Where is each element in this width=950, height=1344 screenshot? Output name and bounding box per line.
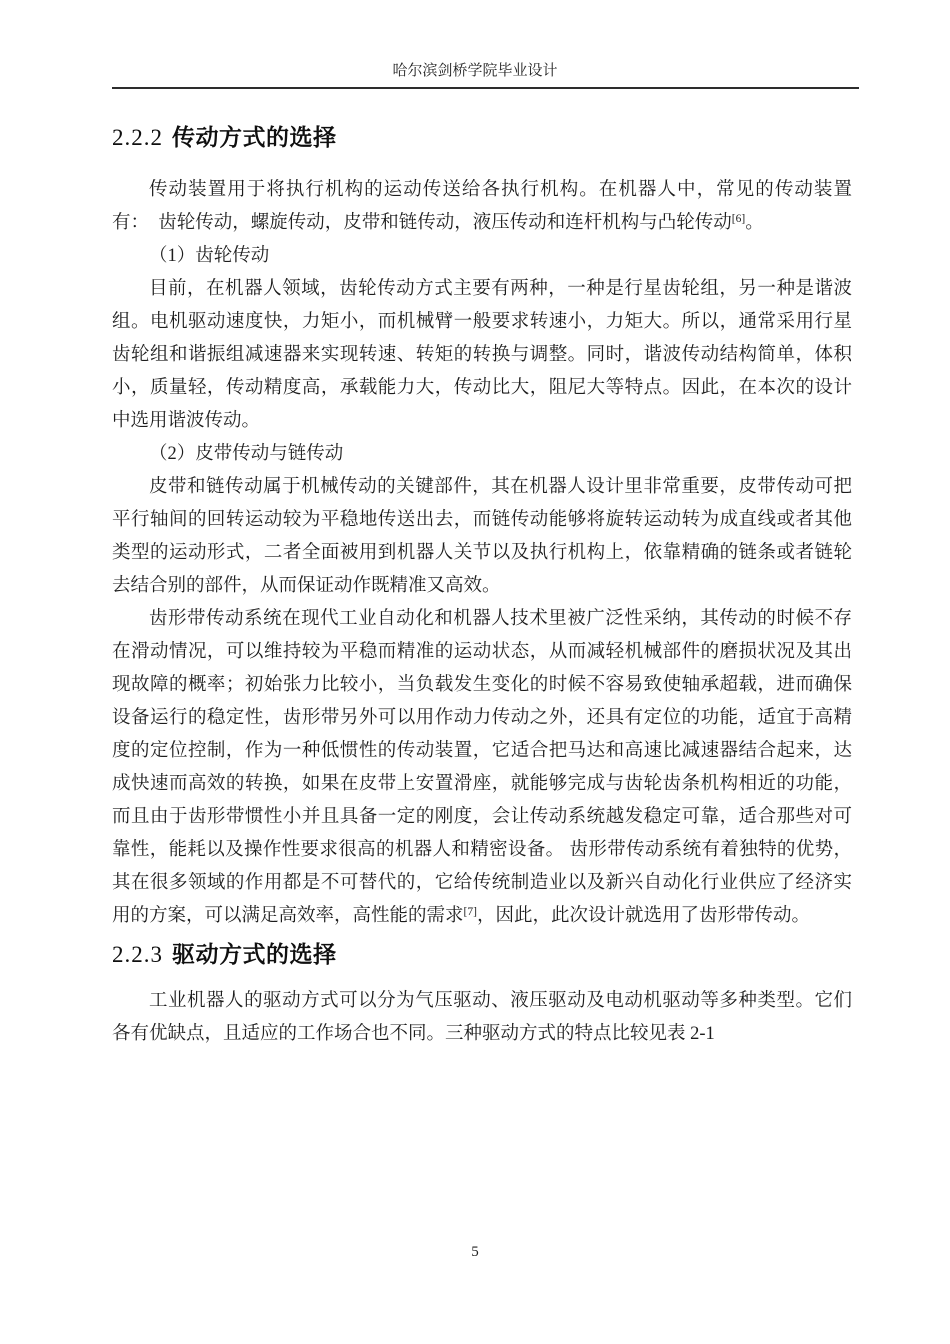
text-run: 在滑动情况，可以维持较为平稳而精准的运动状态，从而减轻机械部件的磨损状况及其出 (112, 642, 852, 662)
text-line: 类型的运动形式，二者全面被用到机器人关节以及执行机构上，依靠精确的链条或者链轮 (112, 537, 852, 570)
document-page: 哈尔滨剑桥学院毕业设计 2.2.2传动方式的选择 传动装置用于将执行机构的运动传… (0, 0, 950, 1344)
text-run: 平行轴间的回转运动较为平稳地传送出去，而链传动能够将旋转运动转为成直线或者其他 (112, 510, 852, 530)
text-run: 度的定位控制，作为一种低惯性的传动装置，它适合把马达和高速比减速器结合起来，达 (112, 741, 852, 761)
text-run: 去结合别的部件，从而保证动作既精准又高效。 (112, 576, 501, 596)
body-text-block-2: 工业机器人的驱动方式可以分为气压驱动、液压驱动及电动机驱动等多种类型。它们各有优… (112, 985, 852, 1051)
section-title: 驱动方式的选择 (172, 941, 337, 967)
header-rule (112, 87, 859, 89)
text-run: 工业机器人的驱动方式可以分为气压驱动、液压驱动及电动机驱动等多种类型。它们 (149, 991, 852, 1011)
text-run: 有： 齿轮传动，螺旋传动，皮带和链传动，液压传动和连杆机构与凸轮传动 (112, 213, 732, 233)
text-run: 组。电机驱动速度快，力矩小，而机械臂一般要求转速小，力矩大。所以，通常采用行星 (112, 312, 852, 332)
text-run: （1）齿轮传动 (149, 246, 269, 266)
text-run: （2）皮带传动与链传动 (149, 444, 343, 464)
item-belt-chain-drive: （2）皮带传动与链传动 (112, 438, 852, 471)
text-line: 度的定位控制，作为一种低惯性的传动装置，它适合把马达和高速比减速器结合起来，达 (112, 735, 852, 768)
text-line: 目前，在机器人领域，齿轮传动方式主要有两种，一种是行星齿轮组，另一种是谐波 (112, 273, 852, 306)
text-run: 靠性，能耗以及操作性要求很高的机器人和精密设备。 齿形带传动系统有着独特的优势， (112, 840, 852, 860)
text-line: （1）齿轮传动 (112, 240, 852, 273)
text-line: 平行轴间的回转运动较为平稳地传送出去，而链传动能够将旋转运动转为成直线或者其他 (112, 504, 852, 537)
section-heading-2-2-3: 2.2.3驱动方式的选择 (112, 939, 852, 970)
text-line: 而且由于齿形带惯性小并且具备一定的刚度，会让传动系统越发稳定可靠，适合那些对可 (112, 801, 852, 834)
text-line: 现故障的概率；初始张力比较小，当负载发生变化的时候不容易致使轴承超载，进而确保 (112, 669, 852, 702)
text-line: 设备运行的稳定性，齿形带另外可以用作动力传动之外，还具有定位的功能，适宜于高精 (112, 702, 852, 735)
text-run: 小，质量轻，传动精度高，承载能力大，传动比大，阻尼大等特点。因此，在本次的设计 (112, 378, 852, 398)
text-line: 各有优缺点，且适应的工作场合也不同。三种驱动方式的特点比较见表 2-1 (112, 1018, 852, 1051)
text-line: 在滑动情况，可以维持较为平稳而精准的运动状态，从而减轻机械部件的磨损状况及其出 (112, 636, 852, 669)
text-line: 中选用谐波传动。 (112, 405, 852, 438)
text-run: 皮带和链传动属于机械传动的关键部件，其在机器人设计里非常重要，皮带传动可把 (149, 477, 852, 497)
text-run: 齿形带传动系统在现代工业自动化和机器人技术里被广泛性采纳，其传动的时候不存 (149, 609, 852, 629)
text-line: 其在很多领域的作用都是不可替代的，它给传统制造业以及新兴自动化行业供应了经济实 (112, 867, 852, 900)
section-title: 传动方式的选择 (172, 124, 337, 150)
header-title: 哈尔滨剑桥学院毕业设计 (0, 59, 950, 80)
text-run: 目前，在机器人领域，齿轮传动方式主要有两种，一种是行星齿轮组，另一种是谐波 (149, 279, 852, 299)
text-run: 齿轮组和谐振组减速器来实现转速、转矩的转换与调整。同时，谐波传动结构简单，体积 (112, 345, 852, 365)
page-number: 5 (0, 1244, 950, 1261)
body-text-block-1: 传动装置用于将执行机构的运动传送给各执行机构。在机器人中，常见的传动装置有： 齿… (112, 174, 852, 933)
text-run: 用的方案，可以满足高效率，高性能的需求 (112, 906, 464, 926)
para-belt-chain-detail: 皮带和链传动属于机械传动的关键部件，其在机器人设计里非常重要，皮带传动可把平行轴… (112, 471, 852, 603)
content: 2.2.2传动方式的选择 传动装置用于将执行机构的运动传送给各执行机构。在机器人… (112, 122, 852, 1051)
text-line: 有： 齿轮传动，螺旋传动，皮带和链传动，液压传动和连杆机构与凸轮传动[6]。 (112, 207, 852, 240)
text-line: 组。电机驱动速度快，力矩小，而机械臂一般要求转速小，力矩大。所以，通常采用行星 (112, 306, 852, 339)
text-line: 用的方案，可以满足高效率，高性能的需求[7]，因此，此次设计就选用了齿形带传动。 (112, 900, 852, 933)
para-gear-drive-detail: 目前，在机器人领域，齿轮传动方式主要有两种，一种是行星齿轮组，另一种是谐波组。电… (112, 273, 852, 438)
text-line: 去结合别的部件，从而保证动作既精准又高效。 (112, 570, 852, 603)
text-line: 齿轮组和谐振组减速器来实现转速、转矩的转换与调整。同时，谐波传动结构简单，体积 (112, 339, 852, 372)
para-transmission-intro: 传动装置用于将执行机构的运动传送给各执行机构。在机器人中，常见的传动装置有： 齿… (112, 174, 852, 240)
text-line: 小，质量轻，传动精度高，承载能力大，传动比大，阻尼大等特点。因此，在本次的设计 (112, 372, 852, 405)
section-number: 2.2.3 (112, 942, 163, 967)
section-heading-2-2-2: 2.2.2传动方式的选择 (112, 122, 852, 153)
text-line: 传动装置用于将执行机构的运动传送给各执行机构。在机器人中，常见的传动装置 (112, 174, 852, 207)
text-line: 靠性，能耗以及操作性要求很高的机器人和精密设备。 齿形带传动系统有着独特的优势， (112, 834, 852, 867)
text-run: ，因此，此次设计就选用了齿形带传动。 (477, 906, 810, 926)
text-run: 设备运行的稳定性，齿形带另外可以用作动力传动之外，还具有定位的功能，适宜于高精 (112, 708, 852, 728)
text-line: 成快速而高效的转换，如果在皮带上安置滑座，就能够完成与齿轮齿条机构相近的功能， (112, 768, 852, 801)
citation-ref: [6] (732, 213, 745, 225)
text-run: 。 (745, 213, 764, 233)
text-run: 中选用谐波传动。 (112, 411, 260, 431)
item-gear-drive: （1）齿轮传动 (112, 240, 852, 273)
text-run: 而且由于齿形带惯性小并且具备一定的刚度，会让传动系统越发稳定可靠，适合那些对可 (112, 807, 852, 827)
section-number: 2.2.2 (112, 125, 163, 150)
text-run: 现故障的概率；初始张力比较小，当负载发生变化的时候不容易致使轴承超载，进而确保 (112, 675, 852, 695)
text-run: 类型的运动形式，二者全面被用到机器人关节以及执行机构上，依靠精确的链条或者链轮 (112, 543, 852, 563)
para-drive-methods: 工业机器人的驱动方式可以分为气压驱动、液压驱动及电动机驱动等多种类型。它们各有优… (112, 985, 852, 1051)
text-run: 各有优缺点，且适应的工作场合也不同。三种驱动方式的特点比较见表 2-1 (112, 1024, 715, 1044)
text-line: 皮带和链传动属于机械传动的关键部件，其在机器人设计里非常重要，皮带传动可把 (112, 471, 852, 504)
text-line: 工业机器人的驱动方式可以分为气压驱动、液压驱动及电动机驱动等多种类型。它们 (112, 985, 852, 1018)
citation-ref: [7] (464, 906, 477, 918)
text-run: 其在很多领域的作用都是不可替代的，它给传统制造业以及新兴自动化行业供应了经济实 (112, 873, 852, 893)
text-line: 齿形带传动系统在现代工业自动化和机器人技术里被广泛性采纳，其传动的时候不存 (112, 603, 852, 636)
text-run: 传动装置用于将执行机构的运动传送给各执行机构。在机器人中，常见的传动装置 (149, 180, 852, 200)
para-timing-belt: 齿形带传动系统在现代工业自动化和机器人技术里被广泛性采纳，其传动的时候不存在滑动… (112, 603, 852, 933)
text-line: （2）皮带传动与链传动 (112, 438, 852, 471)
text-run: 成快速而高效的转换，如果在皮带上安置滑座，就能够完成与齿轮齿条机构相近的功能， (112, 774, 852, 794)
